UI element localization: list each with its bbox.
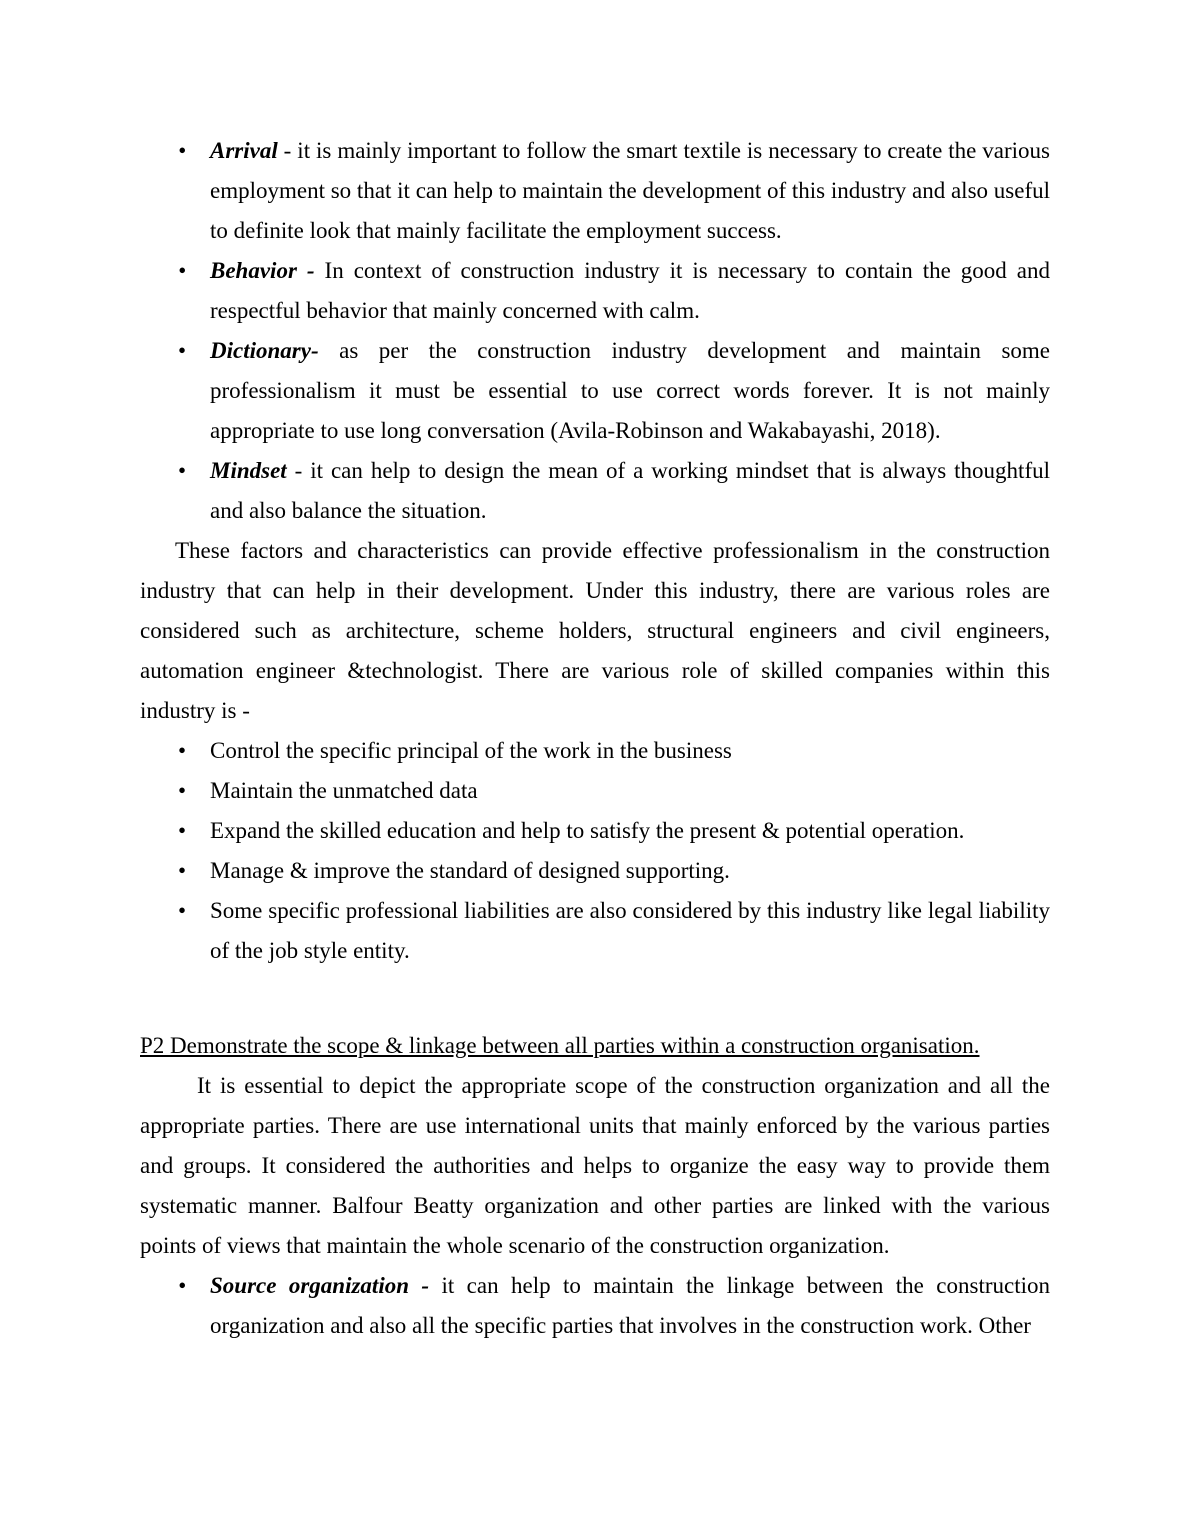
list-item-liabilities: Some specific professional liabilities a… (140, 891, 1050, 971)
list-item-arrival: Arrival - it is mainly important to foll… (140, 131, 1050, 251)
term-label: Behavior - (210, 258, 315, 283)
paragraph-roles: These factors and characteristics can pr… (140, 531, 1050, 731)
item-text: Some specific professional liabilities a… (210, 898, 1050, 963)
section-heading-p2: P2 Demonstrate the scope & linkage betwe… (140, 1026, 1050, 1066)
list-item-expand: Expand the skilled education and help to… (140, 811, 1050, 851)
list-item-control: Control the specific principal of the wo… (140, 731, 1050, 771)
item-text: Control the specific principal of the wo… (210, 738, 732, 763)
list-item-source-organization: Source organization - it can help to mai… (140, 1266, 1050, 1346)
item-text: Maintain the unmatched data (210, 778, 478, 803)
roles-list: Control the specific principal of the wo… (140, 731, 1050, 971)
document-body: Arrival - it is mainly important to foll… (140, 131, 1050, 1346)
item-text: Manage & improve the standard of designe… (210, 858, 730, 883)
paragraph-scope: It is essential to depict the appropriat… (140, 1066, 1050, 1266)
list-item-mindset: Mindset - it can help to design the mean… (140, 451, 1050, 531)
list-item-behavior: Behavior - In context of construction in… (140, 251, 1050, 331)
term-label: Mindset (210, 458, 287, 483)
list-item-manage: Manage & improve the standard of designe… (140, 851, 1050, 891)
list-item-dictionary: Dictionary- as per the construction indu… (140, 331, 1050, 451)
item-text: Expand the skilled education and help to… (210, 818, 964, 843)
item-text: - it can help to design the mean of a wo… (210, 458, 1050, 523)
term-label: Source organization - (210, 1273, 429, 1298)
linkage-list: Source organization - it can help to mai… (140, 1266, 1050, 1346)
item-text: as per the construction industry develop… (210, 338, 1050, 443)
term-label: Dictionary- (210, 338, 319, 363)
term-label: Arrival (210, 138, 278, 163)
item-text: - it is mainly important to follow the s… (210, 138, 1050, 243)
item-text: In context of construction industry it i… (210, 258, 1050, 323)
document-page: Arrival - it is mainly important to foll… (0, 0, 1190, 1540)
list-item-maintain: Maintain the unmatched data (140, 771, 1050, 811)
characteristics-list: Arrival - it is mainly important to foll… (140, 131, 1050, 531)
